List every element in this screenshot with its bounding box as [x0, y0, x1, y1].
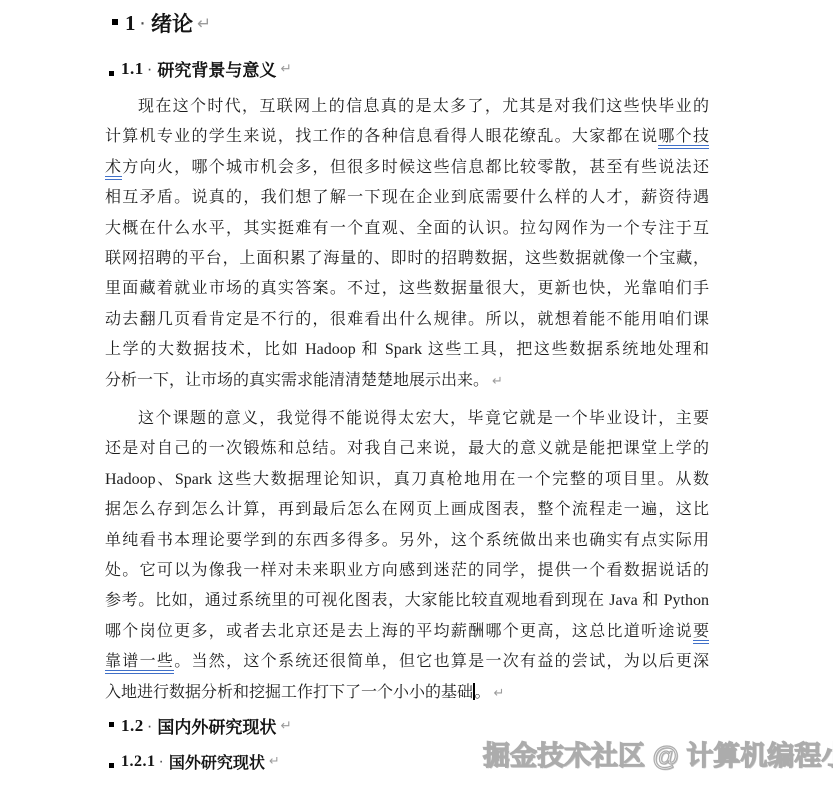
- heading-block-marker-icon: [112, 19, 118, 25]
- text-line: 分析一下，让市场的真实需求能清清楚楚地展示出来。↵: [105, 366, 709, 396]
- text-segment: 这个课题的意义，我觉得不能说得太宏大，毕竟它就是一个毕业设计，主要: [138, 410, 709, 427]
- paragraph-mark-icon: ↵: [494, 686, 505, 701]
- text-segment: 大概在什么水平，其实挺难有一个直观、全面的认识。拉勾网作为一个专注于互: [105, 220, 709, 237]
- text-line: 动去翻几页看肯定是不行的，很难看出什么规律。所以，就想着能不能用咱们课: [105, 305, 709, 335]
- text-line: 相互矛盾。说真的，我们想了解一下现在企业到底需要什么样的人才，薪资待遇: [105, 183, 709, 213]
- text-line: 处。它可以为像我一样对未来职业方向感到迷茫的同学，提供一个看数据说话的: [105, 556, 709, 586]
- body-paragraph-1[interactable]: 现在这个时代，互联网上的信息真的是太多了，尤其是对我们这些快毕业的计算机专业的学…: [105, 92, 709, 396]
- text-line: 术方向火，哪个城市机会多，但很多时候这些信息都比较零散，甚至有些说法还: [105, 153, 709, 183]
- heading-number: 1.1: [121, 59, 144, 79]
- text-segment: 联网招聘的平台，上面积累了海量的、即时的招聘数据，这些数据就像一个宝藏，: [105, 250, 709, 267]
- heading-block-marker-icon: [109, 722, 114, 727]
- heading-block-marker-icon: [109, 71, 114, 76]
- paragraph-mark-icon: ↵: [280, 61, 291, 77]
- space-format-mark-icon: ·: [159, 753, 164, 771]
- text-line: 还是对自己的一次锻炼和总结。对我自己来说，最大的意义就是能把课堂上学的: [105, 434, 709, 464]
- space-format-mark-icon: ·: [147, 716, 153, 736]
- text-segment: 处。它可以为像我一样对未来职业方向感到迷茫的同学，提供一个看数据说话的: [105, 562, 709, 579]
- heading-title: 国外研究现状: [169, 750, 265, 773]
- heading-number: 1.2: [121, 716, 144, 736]
- grammar-underlined-text: 要: [693, 623, 709, 644]
- paragraph-mark-icon: ↵: [492, 374, 503, 389]
- text-line: Hadoop、Spark 这些大数据理论知识，真刀真枪地用在一个完整的项目里。从…: [105, 465, 709, 495]
- text-segment: 哪个岗位更多，或者去北京还是去上海的平均薪酬哪个更高，这总比道听途说: [105, 623, 693, 640]
- text-segment: 现在这个时代，互联网上的信息真的是太多了，尤其是对我们这些快毕业的: [138, 98, 709, 115]
- heading-1-1-section[interactable]: 1.1 · 研究背景与意义 ↵: [109, 56, 292, 81]
- paragraph-mark-icon: ↵: [280, 718, 291, 734]
- heading-block-marker-icon: [109, 763, 114, 768]
- text-line: 哪个岗位更多，或者去北京还是去上海的平均薪酬哪个更高，这总比道听途说要: [105, 617, 709, 647]
- text-segment: 相互矛盾。说真的，我们想了解一下现在企业到底需要什么样的人才，薪资待遇: [105, 189, 709, 206]
- paragraph-mark-icon: ↵: [197, 13, 211, 33]
- text-line: 计算机专业的学生来说，找工作的各种信息看得人眼花缭乱。大家都在说哪个技: [105, 122, 709, 152]
- grammar-underlined-text: 术: [105, 159, 122, 180]
- grammar-underlined-text: 哪个技: [658, 128, 709, 149]
- text-line: 单纯看书本理论要学到的东西多得多。另外，这个系统做出来也确实有点实际用: [105, 526, 709, 556]
- space-format-mark-icon: ·: [147, 59, 153, 79]
- watermark-text: 掘金技术社区 @ 计算机编程小咖: [483, 741, 833, 772]
- text-segment: Hadoop、Spark 这些大数据理论知识，真刀真枪地用在一个完整的项目里。从…: [105, 471, 709, 488]
- heading-number: 1: [125, 11, 136, 36]
- text-line: 靠谱一些。当然，这个系统还很简单，但它也算是一次有益的尝试，为以后更深: [105, 647, 709, 677]
- text-segment: 据怎么存到怎么计算，再到最后怎么在网页上画成图表，整个流程走一遍，这比: [105, 501, 709, 518]
- text-segment: 。: [475, 684, 491, 701]
- text-line: 现在这个时代，互联网上的信息真的是太多了，尤其是对我们这些快毕业的: [105, 92, 709, 122]
- heading-number: 1.2.1: [121, 753, 156, 771]
- text-segment: 还是对自己的一次锻炼和总结。对我自己来说，最大的意义就是能把课堂上学的: [105, 440, 709, 457]
- text-segment: 计算机专业的学生来说，找工作的各种信息看得人眼花缭乱。大家都在说: [105, 128, 658, 145]
- text-segment: 参考。比如，通过系统里的可视化图表，大家能比较直观地看到现在 Java 和 Py…: [105, 592, 709, 609]
- text-segment: 里面藏着就业市场的真实答案。不过，这些数据量很大，更新也快，光靠咱们手: [105, 280, 709, 297]
- text-line: 入地进行数据分析和挖掘工作打下了一个小小的基础。↵: [105, 678, 709, 708]
- heading-1-2-section[interactable]: 1.2 · 国内外研究现状 ↵: [109, 713, 292, 738]
- text-line: 里面藏着就业市场的真实答案。不过，这些数据量很大，更新也快，光靠咱们手: [105, 274, 709, 304]
- text-line: 上学的大数据技术，比如 Hadoop 和 Spark 这些工具，把这些数据系统地…: [105, 335, 709, 365]
- text-segment: 单纯看书本理论要学到的东西多得多。另外，这个系统做出来也确实有点实际用: [105, 532, 709, 549]
- text-segment: 分析一下，让市场的真实需求能清清楚楚地展示出来。: [105, 372, 489, 389]
- space-format-mark-icon: ·: [139, 11, 146, 35]
- text-line: 联网招聘的平台，上面积累了海量的、即时的招聘数据，这些数据就像一个宝藏，: [105, 244, 709, 274]
- text-segment: 。当然，这个系统还很简单，但它也算是一次有益的尝试，为以后更深: [174, 653, 709, 670]
- heading-1-2-1-subsection[interactable]: 1.2.1 · 国外研究现状 ↵: [109, 750, 280, 773]
- text-line: 这个课题的意义，我觉得不能说得太宏大，毕竟它就是一个毕业设计，主要: [105, 404, 709, 434]
- text-segment: 方向火，哪个城市机会多，但很多时候这些信息都比较零散，甚至有些说法还: [122, 159, 709, 176]
- heading-1-chapter[interactable]: 1 · 绪论 ↵: [112, 8, 211, 38]
- text-line: 参考。比如，通过系统里的可视化图表，大家能比较直观地看到现在 Java 和 Py…: [105, 586, 709, 616]
- text-line: 大概在什么水平，其实挺难有一个直观、全面的认识。拉勾网作为一个专注于互: [105, 214, 709, 244]
- heading-title: 绪论: [151, 8, 193, 38]
- text-segment: 上学的大数据技术，比如 Hadoop 和 Spark 这些工具，把这些数据系统地…: [105, 341, 709, 358]
- heading-title: 研究背景与意义: [157, 56, 276, 81]
- document-page: 1 · 绪论 ↵ 1.1 · 研究背景与意义 ↵ 现在这个时代，互联网上的信息真…: [0, 0, 833, 794]
- grammar-underlined-text: 靠谱一些: [105, 653, 174, 674]
- body-paragraph-2[interactable]: 这个课题的意义，我觉得不能说得太宏大，毕竟它就是一个毕业设计，主要还是对自己的一…: [105, 404, 709, 708]
- text-segment: 动去翻几页看肯定是不行的，很难看出什么规律。所以，就想着能不能用咱们课: [105, 311, 709, 328]
- text-segment: 入地进行数据分析和挖掘工作打下了一个小小的基础: [105, 684, 473, 701]
- paragraph-mark-icon: ↵: [269, 754, 280, 769]
- text-line: 据怎么存到怎么计算，再到最后怎么在网页上画成图表，整个流程走一遍，这比: [105, 495, 709, 525]
- heading-title: 国内外研究现状: [157, 713, 276, 738]
